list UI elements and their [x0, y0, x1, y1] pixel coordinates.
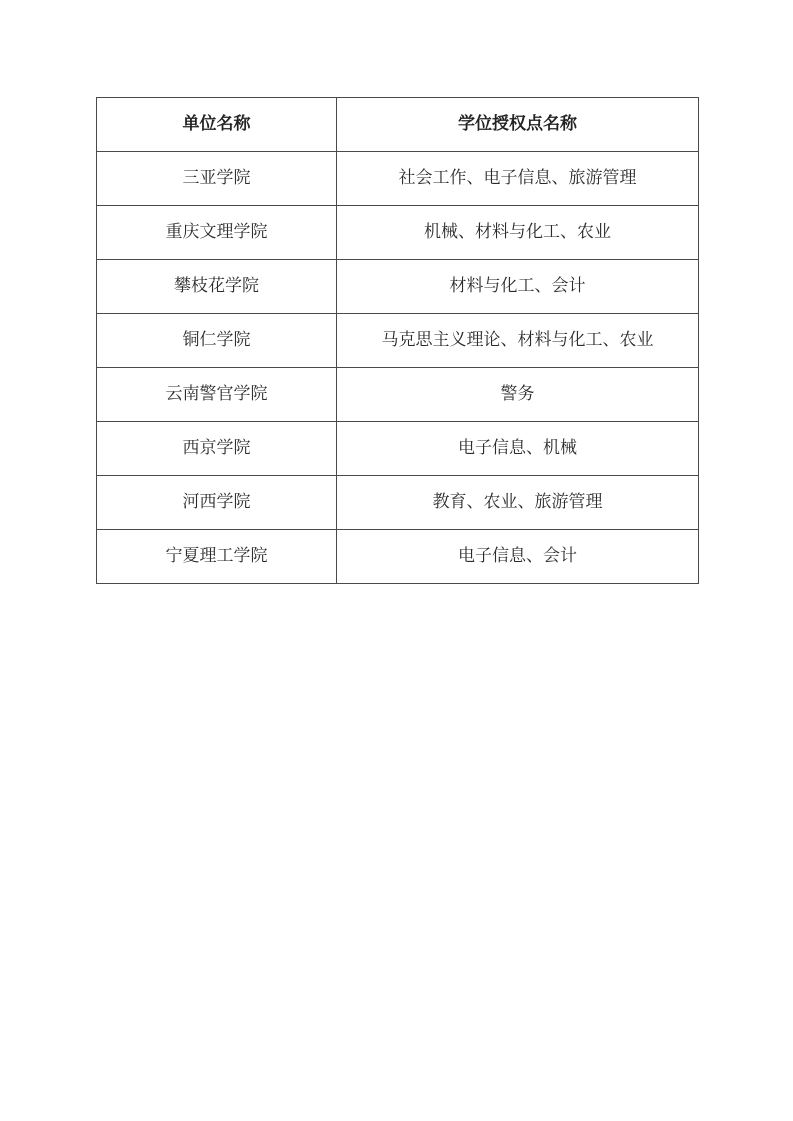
unit-name-cell: 铜仁学院 [97, 314, 337, 368]
table-row: 云南警官学院 警务 [97, 368, 699, 422]
table-row: 三亚学院 社会工作、电子信息、旅游管理 [97, 152, 699, 206]
degree-points-cell: 电子信息、会计 [337, 530, 699, 584]
column-header-unit-name: 单位名称 [97, 98, 337, 152]
degree-authorization-table: 单位名称 学位授权点名称 三亚学院 社会工作、电子信息、旅游管理 重庆文理学院 … [96, 97, 699, 584]
degree-points-cell: 马克思主义理论、材料与化工、农业 [337, 314, 699, 368]
table-row: 重庆文理学院 机械、材料与化工、农业 [97, 206, 699, 260]
unit-name-cell: 重庆文理学院 [97, 206, 337, 260]
degree-points-cell: 机械、材料与化工、农业 [337, 206, 699, 260]
degree-points-cell: 社会工作、电子信息、旅游管理 [337, 152, 699, 206]
table-row: 攀枝花学院 材料与化工、会计 [97, 260, 699, 314]
unit-name-cell: 宁夏理工学院 [97, 530, 337, 584]
table-row: 宁夏理工学院 电子信息、会计 [97, 530, 699, 584]
degree-points-cell: 材料与化工、会计 [337, 260, 699, 314]
degree-points-cell: 警务 [337, 368, 699, 422]
unit-name-cell: 云南警官学院 [97, 368, 337, 422]
unit-name-cell: 攀枝花学院 [97, 260, 337, 314]
unit-name-cell: 三亚学院 [97, 152, 337, 206]
degree-points-cell: 教育、农业、旅游管理 [337, 476, 699, 530]
degree-points-cell: 电子信息、机械 [337, 422, 699, 476]
table-row: 河西学院 教育、农业、旅游管理 [97, 476, 699, 530]
unit-name-cell: 西京学院 [97, 422, 337, 476]
document-page: 单位名称 学位授权点名称 三亚学院 社会工作、电子信息、旅游管理 重庆文理学院 … [0, 0, 793, 1121]
column-header-degree-point-name: 学位授权点名称 [337, 98, 699, 152]
table-row: 铜仁学院 马克思主义理论、材料与化工、农业 [97, 314, 699, 368]
unit-name-cell: 河西学院 [97, 476, 337, 530]
table-header-row: 单位名称 学位授权点名称 [97, 98, 699, 152]
table-row: 西京学院 电子信息、机械 [97, 422, 699, 476]
